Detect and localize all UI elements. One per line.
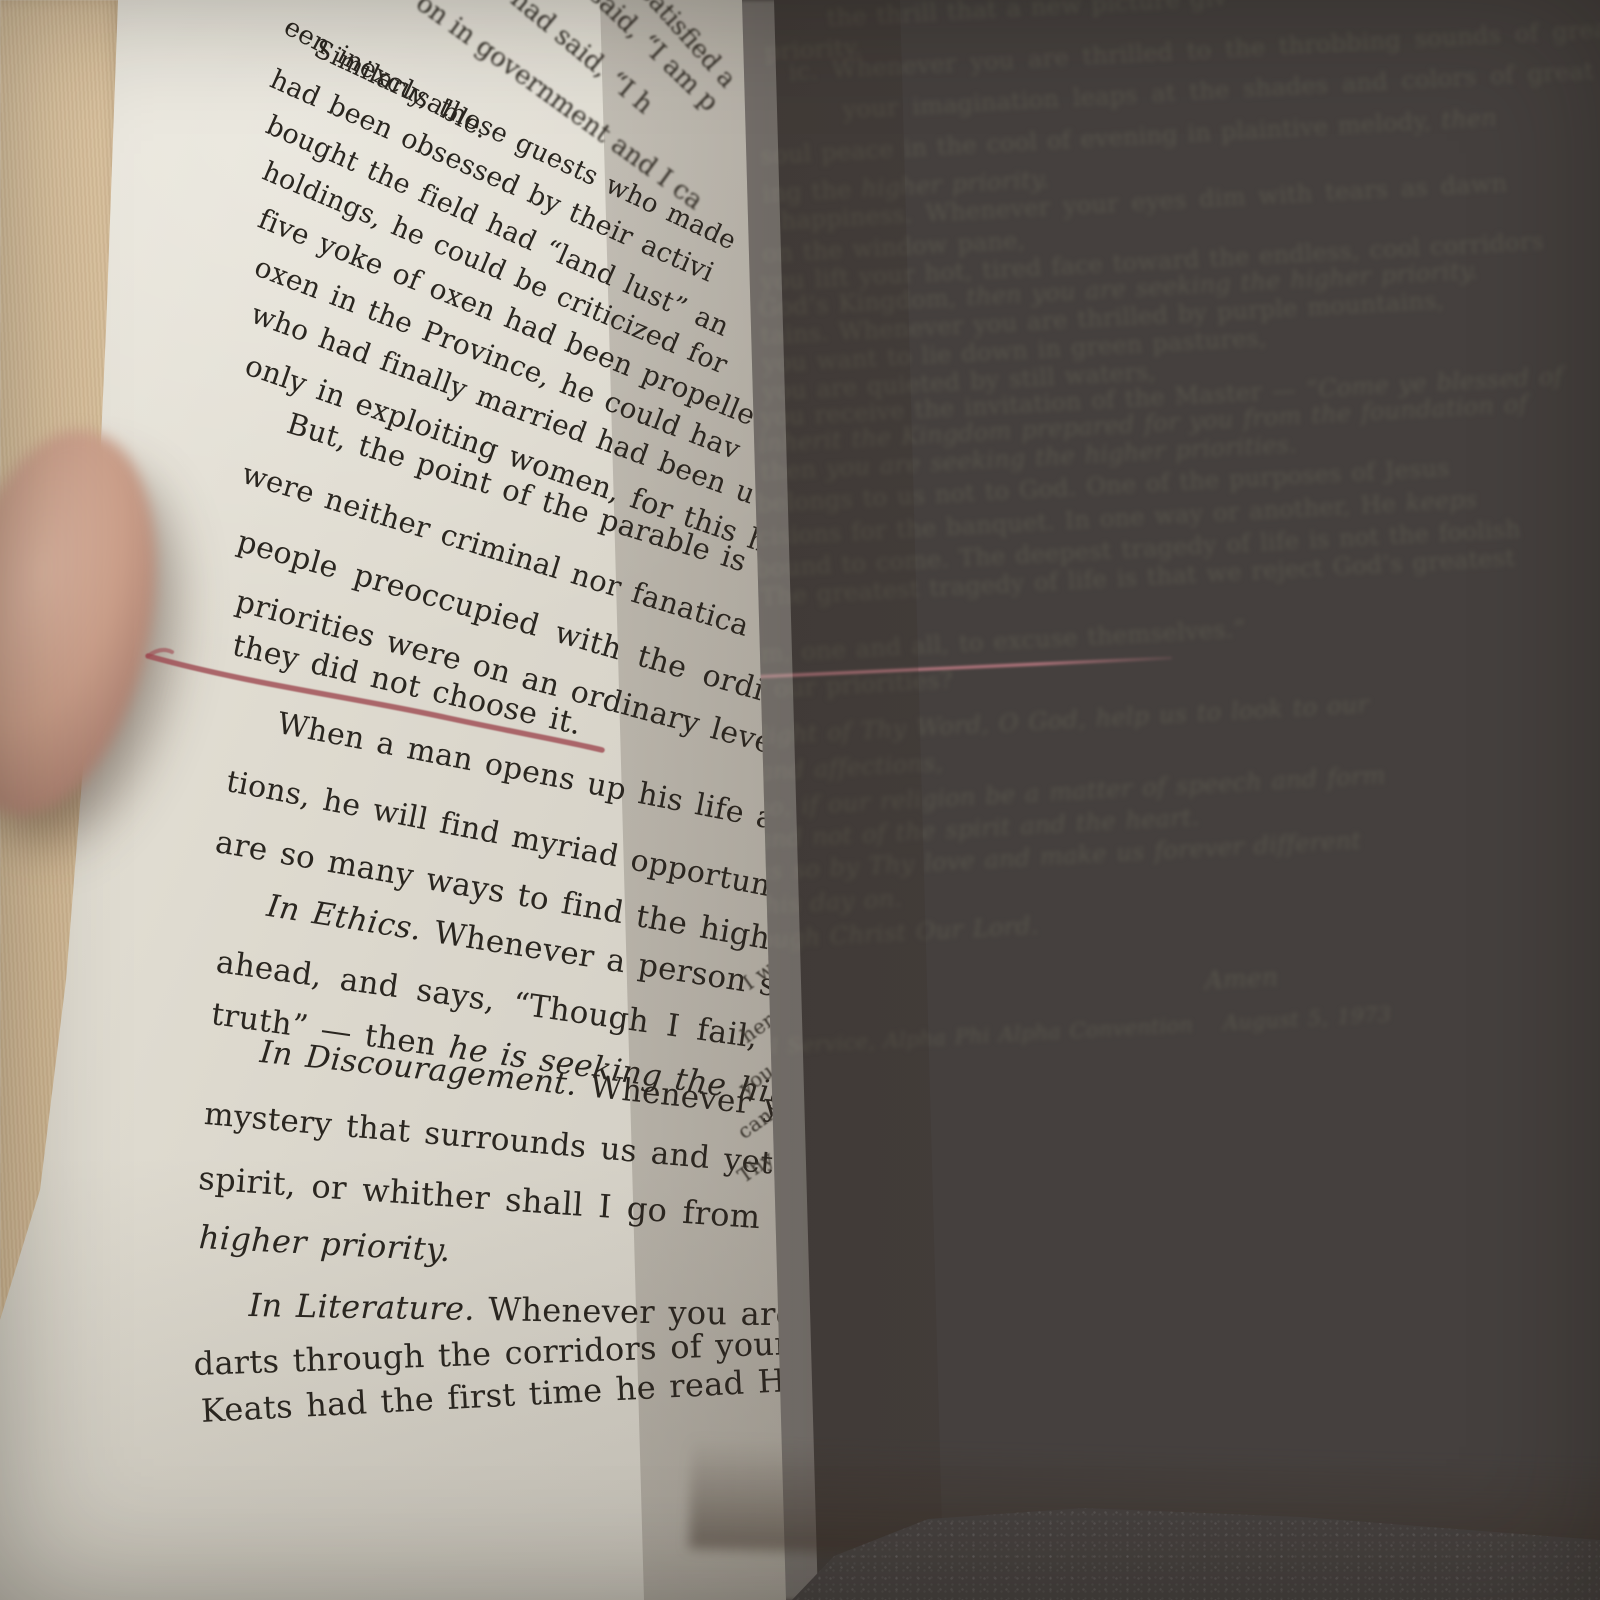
prayer-line: this day on. (754, 884, 903, 920)
prayer-line: ough Christ Our Lord. (758, 911, 1039, 954)
amen-text: Amen (1204, 962, 1279, 995)
prayer-line: and affections, (758, 748, 944, 786)
book-photo: the thrill that a new picture giv priori… (0, 0, 1600, 1600)
prayer-line: light of Thy Word, O God, help us to loo… (760, 690, 1370, 750)
text-line: the thrill that a new picture giv (826, 0, 1228, 32)
underlined-text-line: m, one and all, to excuse themselves.” (760, 615, 1247, 668)
footer-citation: cal Service, Alpha Phi Alpha Convention … (746, 1002, 1392, 1060)
red-underline-left (128, 636, 628, 766)
